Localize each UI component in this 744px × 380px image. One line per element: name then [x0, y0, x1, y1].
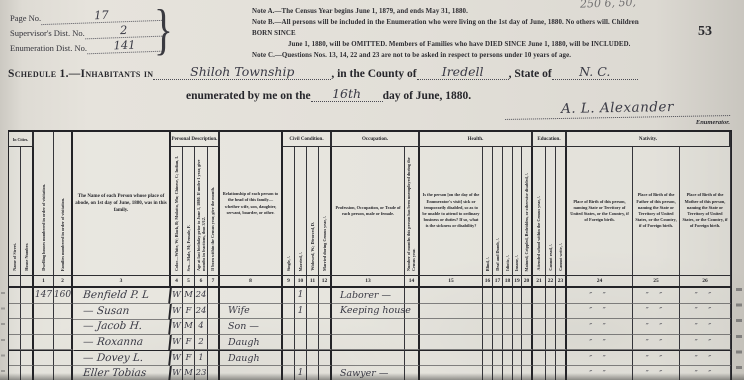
- column-header-maimed: Maimed, Crippled, Bedridden, or otherwis…: [522, 147, 533, 275]
- column-header-sex: Sex—Male, M; Female, F.: [183, 147, 195, 275]
- cell-cannot-read: [546, 335, 556, 351]
- column-label-cannot-read: Cannot read, /.: [548, 244, 553, 271]
- cell-married-census-year: [319, 335, 332, 351]
- cell-deaf-dumb: [493, 350, 503, 366]
- cell-occupation: [332, 335, 405, 351]
- cell-idiotic: [503, 350, 513, 366]
- enumerator-signature-block: A. L. Alexander Enumerator.: [505, 100, 730, 126]
- column-header-insane: Insane, /.: [513, 147, 522, 275]
- column-label-attended-school: Attended school within the Census year, …: [536, 196, 541, 271]
- cell-maimed: [522, 288, 533, 304]
- column-number-dwelling: 1: [34, 276, 54, 286]
- column-header-relationship: Relationship of each person to the head …: [220, 132, 283, 275]
- cell-months-unemployed: [405, 350, 420, 366]
- cell-widowed: [307, 335, 319, 351]
- column-header-blind: Blind, /.: [483, 147, 493, 275]
- group-occupation: Occupation.Profession, Occupation, or Tr…: [332, 132, 420, 275]
- cell-cannot-write: [556, 288, 567, 304]
- column-label-dwelling: Dwelling houses numbered in order of vis…: [41, 184, 46, 271]
- cell-married-census-year: [319, 366, 332, 380]
- column-header-color: Color—White, W; Black, B; Mulatto, Mu; C…: [171, 147, 183, 275]
- cell-cannot-read: [546, 350, 556, 366]
- cell-sex: F: [183, 350, 195, 366]
- cell-months-unemployed: [405, 288, 420, 304]
- cell-street: [9, 319, 21, 335]
- township-value: Shiloh Township: [153, 64, 331, 80]
- cell-mother-birthplace: ″ ″: [680, 335, 731, 351]
- enumeration-dist-row: Enumeration Dist. No. 141: [10, 38, 162, 53]
- column-header-attended-school: Attended school within the Census year, …: [533, 147, 546, 275]
- cell-widowed: [307, 304, 319, 320]
- cell-attended-school: [533, 288, 546, 304]
- cell-birthplace: ″ ″: [567, 335, 633, 351]
- cell-street: [9, 366, 21, 380]
- brace-glyph: }: [154, 2, 173, 58]
- cell-deaf-dumb: [493, 304, 503, 320]
- column-header-idiotic: Idiotic, /.: [503, 147, 513, 275]
- cell-mother-birthplace: ″ ″: [680, 288, 731, 304]
- cell-street: [9, 350, 21, 366]
- enumerator-signature: A. L. Alexander: [505, 98, 730, 120]
- cell-house-number: [21, 304, 34, 320]
- cell-maimed: [522, 366, 533, 380]
- cell-cannot-write: [556, 319, 567, 335]
- cell-attended-school: [533, 319, 546, 335]
- cell-maimed: [522, 350, 533, 366]
- cell-sickness: [420, 288, 483, 304]
- cell-color: W: [171, 366, 183, 380]
- cell-occupation: Keeping house: [332, 304, 405, 320]
- column-number-street: [9, 276, 21, 286]
- enumerated-prefix: enumerated by me on the: [186, 90, 311, 102]
- schedule-line-2: enumerated by me on the 16th day of June…: [186, 86, 516, 102]
- column-label-birthplace: Place of Birth of this person, naming St…: [567, 198, 632, 225]
- column-label-sex: Sex—Male, M; Female, F.: [186, 225, 191, 271]
- note-c: Note C.—Questions Nos. 13, 14, 22 and 23…: [252, 50, 652, 61]
- column-header-birth-month: If born within the Census year, give the…: [208, 147, 220, 275]
- cell-father-birthplace: ″ ″: [633, 350, 680, 366]
- cell-single: [283, 288, 295, 304]
- state-label: , State of: [509, 68, 552, 80]
- column-number-blind: 16: [483, 276, 493, 286]
- cell-maimed: [522, 304, 533, 320]
- note-b-line2: June 1, 1880, will be OMITTED. Members o…: [252, 39, 652, 50]
- column-header-name: The Name of each Person whose place of a…: [73, 132, 171, 275]
- cell-married: 1: [295, 366, 307, 380]
- cell-idiotic: [503, 366, 513, 380]
- cell-idiotic: [503, 304, 513, 320]
- cell-married: 1: [295, 304, 307, 320]
- day-value: 16th: [311, 86, 383, 102]
- cell-father-birthplace: ″ ″: [633, 304, 680, 320]
- column-number-widowed: 11: [307, 276, 319, 286]
- cell-street: [9, 304, 21, 320]
- column-label-insane: Insane, /.: [514, 255, 519, 271]
- group-columns: Name of Street.House Number.: [9, 147, 34, 275]
- cell-married: [295, 335, 307, 351]
- cell-blind: [483, 335, 493, 351]
- cell-age: 1: [195, 350, 208, 366]
- cell-birthplace: ″ ″: [567, 304, 633, 320]
- column-number-cannot-write: 23: [556, 276, 567, 286]
- right-margin-artifacts: [736, 288, 742, 380]
- cell-cannot-read: [546, 288, 556, 304]
- group-health: Health.Is the person [on the day of the …: [420, 132, 533, 275]
- column-number-deaf-dumb: 17: [493, 276, 503, 286]
- cell-widowed: [307, 288, 319, 304]
- column-number-row: 1234567891011121314151617181920212223242…: [9, 275, 731, 288]
- cell-color: W: [171, 350, 183, 366]
- cell-birth-month: [208, 366, 220, 380]
- group-nativity: Nativity.Place of Birth of this person, …: [567, 132, 731, 275]
- enumeration-dist-label: Enumeration Dist. No.: [10, 43, 87, 53]
- column-header-widowed: Widowed, W.; Divorced, D.: [307, 147, 319, 275]
- cell-dwelling: [34, 366, 54, 380]
- cell-name: Benfield P. L: [72, 288, 172, 304]
- column-label-color: Color—White, W; Black, B; Mulatto, Mu; C…: [174, 156, 179, 271]
- column-number-birth-month: 7: [208, 276, 220, 286]
- note-b-line1: Note B.—All persons will be included in …: [252, 17, 652, 39]
- cell-occupation: [332, 350, 405, 366]
- cell-deaf-dumb: [493, 366, 503, 380]
- cell-age: 4: [195, 319, 208, 335]
- column-header-family: Families numbered in order of visitation…: [54, 132, 73, 275]
- cell-married: [295, 319, 307, 335]
- column-label-widowed: Widowed, W.; Divorced, D.: [310, 222, 315, 271]
- cell-mother-birthplace: ″ ″: [680, 319, 731, 335]
- cell-married-census-year: [319, 288, 332, 304]
- column-number-sickness: 15: [420, 276, 483, 286]
- group-civil-condition: Civil Condition.Single, /.Married, /.Wid…: [283, 132, 332, 275]
- cell-relationship: Wife: [220, 304, 283, 320]
- table-row: Eller TobiasWM231Sawyer —″ ″″ ″″ ″: [9, 366, 731, 380]
- cell-months-unemployed: [405, 366, 420, 380]
- cell-married-census-year: [319, 350, 332, 366]
- cell-cannot-read: [546, 366, 556, 380]
- county-value: Iredell: [417, 64, 509, 80]
- column-number-maimed: 20: [522, 276, 533, 286]
- cell-sex: M: [183, 319, 195, 335]
- cell-insane: [513, 304, 522, 320]
- cell-blind: [483, 366, 493, 380]
- cell-name: — Roxanna: [72, 335, 172, 351]
- column-number-single: 9: [283, 276, 295, 286]
- cell-deaf-dumb: [493, 335, 503, 351]
- column-number-name: 3: [73, 276, 171, 286]
- cell-occupation: Laborer —: [332, 288, 405, 304]
- cell-months-unemployed: [405, 335, 420, 351]
- table-row: 147160Benfield P. LWM241Laborer —″ ″″ ″″…: [9, 288, 731, 304]
- column-number-insane: 19: [513, 276, 522, 286]
- census-schedule-page: 250 6, 50, 53 Page No. 17 Supervisor's D…: [0, 0, 744, 380]
- cell-cannot-write: [556, 335, 567, 351]
- column-header-house-number: House Number.: [21, 147, 34, 275]
- cell-maimed: [522, 319, 533, 335]
- cell-age: 2: [195, 335, 208, 351]
- page-stamp-number: 53: [698, 24, 712, 40]
- group-columns: Color—White, W; Black, B; Mulatto, Mu; C…: [171, 147, 220, 275]
- enumerated-suffix: day of June, 1880.: [383, 90, 472, 102]
- cell-birth-month: [208, 335, 220, 351]
- cell-name: — Susan: [72, 304, 172, 320]
- column-label-months-unemployed: Number of months this person has been un…: [406, 153, 416, 271]
- supervisor-dist-label: Supervisor's Dist. No.: [10, 28, 85, 38]
- schedule-line-1: Schedule 1.—Inhabitants in Shiloh Townsh…: [8, 64, 738, 80]
- cell-dwelling: 147: [34, 288, 54, 304]
- cell-birthplace: ″ ″: [567, 288, 633, 304]
- column-label-idiotic: Idiotic, /.: [505, 255, 510, 271]
- column-label-street: Name of Street.: [12, 243, 17, 271]
- column-label-mother-birthplace: Place of Birth of the Mother of this per…: [680, 191, 730, 230]
- cell-blind: [483, 350, 493, 366]
- cell-blind: [483, 319, 493, 335]
- column-number-relationship: 8: [220, 276, 283, 286]
- group-columns: Attended school within the Census year, …: [533, 147, 567, 275]
- schedule-title-block: Schedule 1.—Inhabitants in Shiloh Townsh…: [8, 64, 738, 102]
- group-in-cities: In Cities.Name of Street.House Number.: [9, 132, 34, 275]
- group-columns: Is the person [on the day of the Enumera…: [420, 147, 533, 275]
- cell-birth-month: [208, 319, 220, 335]
- cell-birthplace: ″ ″: [567, 366, 633, 380]
- column-label-occupation: Profession, Occupation, or Trade of each…: [332, 204, 404, 218]
- cell-insane: [513, 366, 522, 380]
- notes-block: Note A.—The Census Year begins June 1, 1…: [252, 6, 652, 61]
- table-row: — Jacob H.WM4Son —″ ″″ ″″ ″: [9, 319, 731, 335]
- cell-sickness: [420, 319, 483, 335]
- column-label-single: Single, /.: [286, 256, 291, 271]
- cell-months-unemployed: [405, 304, 420, 320]
- cell-attended-school: [533, 350, 546, 366]
- cell-house-number: [21, 319, 34, 335]
- cell-color: W: [171, 304, 183, 320]
- cell-street: [9, 335, 21, 351]
- group-label: Occupation.: [332, 132, 420, 147]
- group-education: Education.Attended school within the Cen…: [533, 132, 567, 275]
- column-label-name: The Name of each Person whose place of a…: [73, 192, 169, 216]
- column-number-color: 4: [171, 276, 183, 286]
- column-label-deaf-dumb: Deaf and Dumb, /.: [495, 238, 500, 271]
- group-columns: Place of Birth of this person, naming St…: [567, 147, 731, 275]
- cell-sickness: [420, 335, 483, 351]
- column-header-dwelling: Dwelling houses numbered in order of vis…: [34, 132, 54, 275]
- state-value: N. C.: [552, 64, 638, 80]
- cell-color: W: [171, 288, 183, 304]
- column-label-birth-month: If born within the Census year, give the…: [210, 187, 215, 271]
- cell-deaf-dumb: [493, 319, 503, 335]
- page-no-row: Page No. 17: [10, 8, 162, 23]
- cell-single: [283, 319, 295, 335]
- cell-dwelling: [34, 335, 54, 351]
- table-row: — RoxannaWF2Daugh″ ″″ ″″ ″: [9, 335, 731, 351]
- cell-insane: [513, 288, 522, 304]
- cell-age: 24: [195, 288, 208, 304]
- cell-maimed: [522, 335, 533, 351]
- cell-family: [54, 350, 73, 366]
- column-label-maimed: Maimed, Crippled, Bedridden, or otherwis…: [524, 173, 529, 271]
- cell-birth-month: [208, 304, 220, 320]
- schedule-prefix: Schedule 1.—Inhabitants in: [8, 68, 153, 80]
- column-number-married: 10: [295, 276, 307, 286]
- cell-insane: [513, 350, 522, 366]
- cell-father-birthplace: ″ ″: [633, 288, 680, 304]
- column-header-mother-birthplace: Place of Birth of the Mother of this per…: [680, 147, 731, 275]
- left-margin-artifacts: [1, 292, 5, 380]
- column-number-cannot-read: 22: [546, 276, 556, 286]
- cell-blind: [483, 288, 493, 304]
- cell-cannot-write: [556, 366, 567, 380]
- column-number-father-birthplace: 25: [633, 276, 680, 286]
- column-header-single: Single, /.: [283, 147, 295, 275]
- group-label: Personal Description.: [171, 132, 220, 147]
- column-header-cannot-read: Cannot read, /.: [546, 147, 556, 275]
- cell-sickness: [420, 350, 483, 366]
- column-header-married: Married, /.: [295, 147, 307, 275]
- cell-sex: M: [183, 288, 195, 304]
- cell-sex: F: [183, 335, 195, 351]
- cell-months-unemployed: [405, 319, 420, 335]
- cell-family: [54, 366, 73, 380]
- note-a: Note A.—The Census Year begins June 1, 1…: [252, 6, 652, 17]
- cell-color: W: [171, 335, 183, 351]
- enumerator-label: Enumerator.: [505, 119, 730, 126]
- cell-dwelling: [34, 319, 54, 335]
- column-number-months-unemployed: 14: [405, 276, 420, 286]
- cell-dwelling: [34, 304, 54, 320]
- cell-occupation: [332, 319, 405, 335]
- cell-single: [283, 366, 295, 380]
- column-number-sex: 5: [183, 276, 195, 286]
- column-header-sickness: Is the person [on the day of the Enumera…: [420, 147, 483, 275]
- column-header-age: Age at last birthday prior to June 1, 18…: [195, 147, 208, 275]
- cell-cannot-write: [556, 304, 567, 320]
- column-label-age: Age at last birthday prior to June 1, 18…: [196, 153, 206, 271]
- cell-cannot-read: [546, 319, 556, 335]
- cell-attended-school: [533, 304, 546, 320]
- cell-mother-birthplace: ″ ″: [680, 366, 731, 380]
- cell-married-census-year: [319, 319, 332, 335]
- column-label-house-number: House Number.: [24, 243, 29, 271]
- cell-idiotic: [503, 288, 513, 304]
- cell-attended-school: [533, 366, 546, 380]
- column-label-sickness: Is the person [on the day of the Enumera…: [420, 191, 482, 230]
- cell-cannot-write: [556, 350, 567, 366]
- group-label: Nativity.: [567, 132, 731, 147]
- cell-idiotic: [503, 335, 513, 351]
- cell-deaf-dumb: [493, 288, 503, 304]
- cell-birth-month: [208, 288, 220, 304]
- cell-relationship: Daugh: [220, 350, 283, 366]
- cell-father-birthplace: ″ ″: [633, 366, 680, 380]
- column-label-father-birthplace: Place of Birth of the Father of this per…: [633, 191, 679, 230]
- cell-occupation: Sawyer —: [332, 366, 405, 380]
- cell-name: — Jacob H.: [72, 319, 172, 335]
- column-number-mother-birthplace: 26: [680, 276, 731, 286]
- cell-age: 24: [195, 304, 208, 320]
- cell-single: [283, 304, 295, 320]
- cell-cannot-read: [546, 304, 556, 320]
- cell-mother-birthplace: ″ ″: [680, 350, 731, 366]
- column-label-cannot-write: Cannot write, /.: [558, 243, 563, 271]
- cell-relationship: Son —: [220, 319, 283, 335]
- column-label-relationship: Relationship of each person to the head …: [220, 190, 281, 217]
- group-label: In Cities.: [9, 132, 34, 147]
- cell-house-number: [21, 366, 34, 380]
- cell-widowed: [307, 366, 319, 380]
- cell-sex: M: [183, 366, 195, 380]
- column-number-age: 6: [195, 276, 208, 286]
- cell-single: [283, 335, 295, 351]
- cell-dwelling: [34, 350, 54, 366]
- enumeration-dist-value: 141: [87, 37, 163, 55]
- cell-sex: F: [183, 304, 195, 320]
- cell-birthplace: ″ ″: [567, 319, 633, 335]
- cell-widowed: [307, 319, 319, 335]
- cell-house-number: [21, 288, 34, 304]
- group-columns: Single, /.Married, /.Widowed, W.; Divorc…: [283, 147, 332, 275]
- cell-married: [295, 350, 307, 366]
- cell-idiotic: [503, 319, 513, 335]
- column-number-attended-school: 21: [533, 276, 546, 286]
- cell-widowed: [307, 350, 319, 366]
- column-number-married-census-year: 12: [319, 276, 332, 286]
- column-header-months-unemployed: Number of months this person has been un…: [405, 147, 420, 275]
- cell-age: 23: [195, 366, 208, 380]
- cell-family: [54, 304, 73, 320]
- cell-relationship: [220, 288, 283, 304]
- column-header-occupation: Profession, Occupation, or Trade of each…: [332, 147, 405, 275]
- table-row: — SusanWF24Wife1Keeping house″ ″″ ″″ ″: [9, 304, 731, 320]
- cell-relationship: [220, 366, 283, 380]
- page-no-label: Page No.: [10, 13, 41, 23]
- cell-street: [9, 288, 21, 304]
- cell-name: Eller Tobias: [72, 366, 172, 380]
- column-number-idiotic: 18: [503, 276, 513, 286]
- cell-family: 160: [54, 288, 73, 304]
- cell-mother-birthplace: ″ ″: [680, 304, 731, 320]
- cell-house-number: [21, 350, 34, 366]
- district-info-block: Page No. 17 Supervisor's Dist. No. 2 Enu…: [10, 8, 162, 53]
- column-number-family: 2: [54, 276, 73, 286]
- column-header-birthplace: Place of Birth of this person, naming St…: [567, 147, 633, 275]
- cell-relationship: Daugh: [220, 335, 283, 351]
- column-number-house-number: [21, 276, 34, 286]
- cell-attended-school: [533, 335, 546, 351]
- column-header-married-census-year: Married during Census year, /.: [319, 147, 332, 275]
- table-header: In Cities.Name of Street.House Number.Dw…: [9, 132, 731, 275]
- column-number-occupation: 13: [332, 276, 405, 286]
- column-label-family: Families numbered in order of visitation…: [60, 198, 65, 271]
- cell-house-number: [21, 335, 34, 351]
- cell-family: [54, 335, 73, 351]
- group-columns: Profession, Occupation, or Trade of each…: [332, 147, 420, 275]
- group-label: Civil Condition.: [283, 132, 332, 147]
- cell-blind: [483, 304, 493, 320]
- cell-birth-month: [208, 350, 220, 366]
- column-label-blind: Blind, /.: [485, 257, 490, 271]
- column-header-cannot-write: Cannot write, /.: [556, 147, 567, 275]
- cell-father-birthplace: ″ ″: [633, 335, 680, 351]
- cell-family: [54, 319, 73, 335]
- cell-father-birthplace: ″ ″: [633, 319, 680, 335]
- county-label: , in the County of: [331, 68, 416, 80]
- column-header-father-birthplace: Place of Birth of the Father of this per…: [633, 147, 680, 275]
- cell-married: 1: [295, 288, 307, 304]
- cell-sickness: [420, 304, 483, 320]
- column-label-married: Married, /.: [298, 252, 303, 271]
- census-table: In Cities.Name of Street.House Number.Dw…: [8, 130, 732, 380]
- column-header-deaf-dumb: Deaf and Dumb, /.: [493, 147, 503, 275]
- cell-insane: [513, 319, 522, 335]
